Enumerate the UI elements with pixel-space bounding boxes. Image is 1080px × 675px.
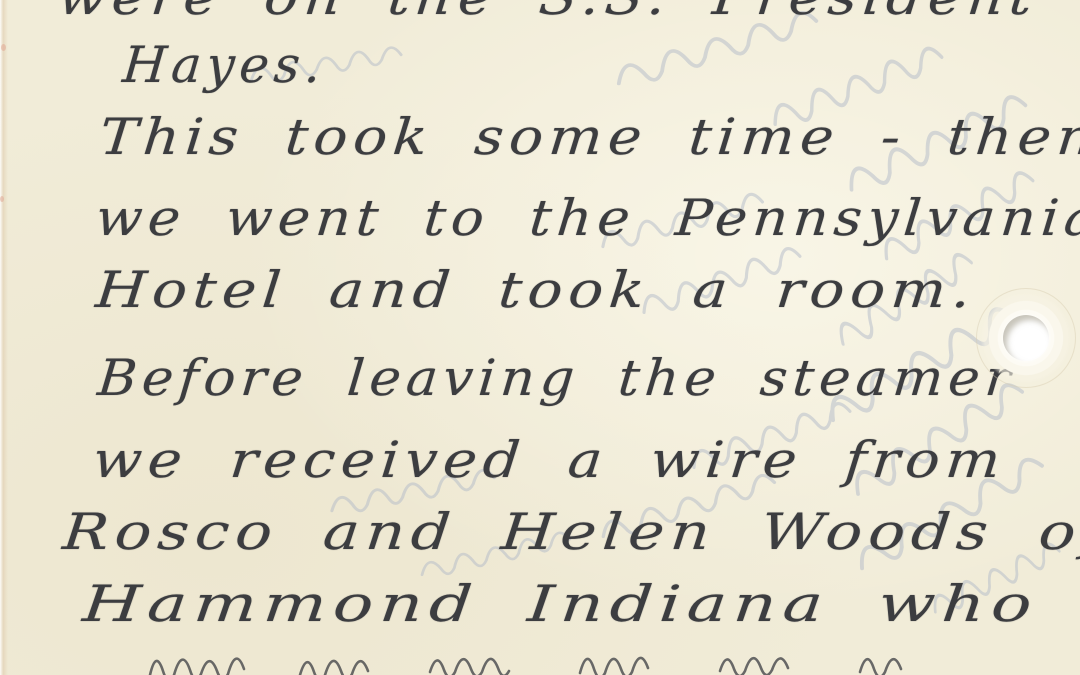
paper-edge-speck <box>0 196 4 202</box>
punch-hole <box>1003 315 1049 361</box>
paper-left-edge <box>0 0 8 675</box>
cut-off-bottom-line-strokes <box>0 0 1080 675</box>
handwritten-letter-page: were on the S.S. President Hayes. This t… <box>0 0 1080 675</box>
paper-edge-speck <box>1 44 6 51</box>
